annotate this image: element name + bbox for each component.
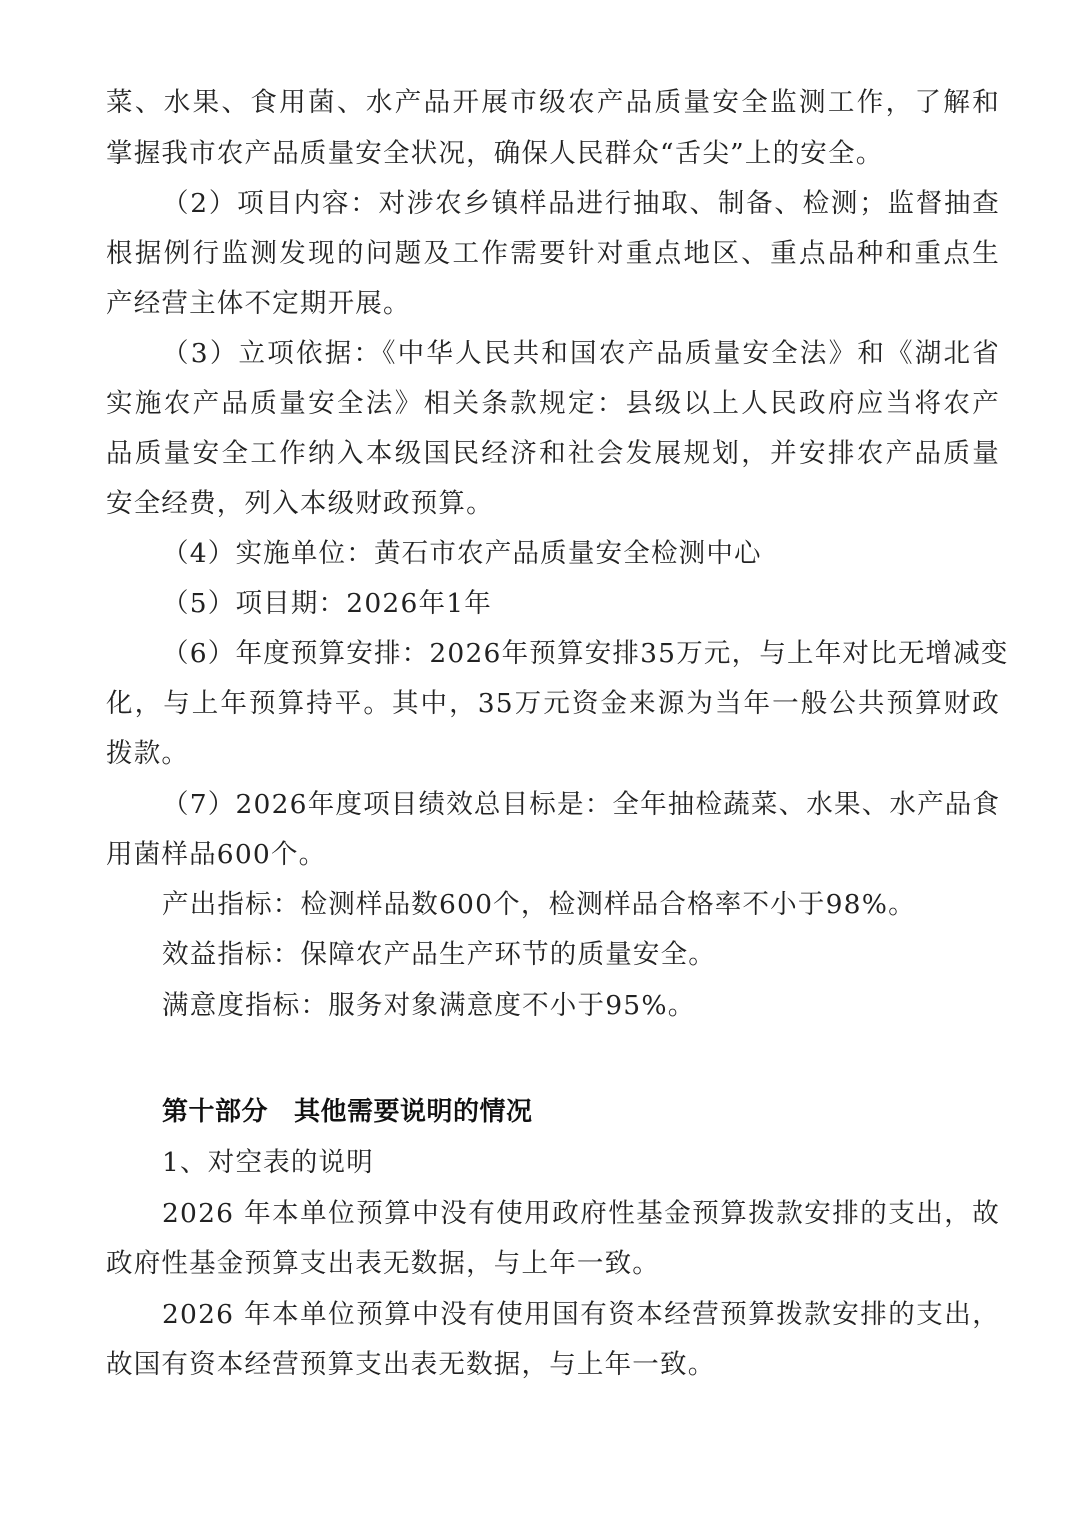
paragraph-line: 菜、水果、食用菌、水产品开展市级农产品质量安全监测工作，了解和 [106, 86, 1000, 120]
paragraph-line: 化，与上年预算持平。其中，35万元资金来源为当年一般公共预算财政 [106, 687, 1000, 721]
gov-fund-explanation: 2026 年本单位预算中没有使用政府性基金预算拨款安排的支出，故 [162, 1197, 1000, 1231]
item-3-project-basis: （3）立项依据：《中华人民共和国农产品质量安全法》和《湖北省 [162, 337, 1000, 371]
paragraph-line: 拨款。 [106, 737, 1000, 771]
paragraph-line: 政府性基金预算支出表无数据，与上年一致。 [106, 1247, 1000, 1281]
item-2-project-content: （2）项目内容：对涉农乡镇样品进行抽取、制备、检测；监督抽查 [162, 187, 1000, 221]
paragraph-line: 掌握我市农产品质量安全状况，确保人民群众“舌尖”上的安全。 [106, 137, 1000, 171]
paragraph-line: 用菌样品600个。 [106, 838, 1000, 872]
section-number: 第十部分 [162, 1097, 268, 1127]
item-7-performance-goal: （7）2026年度项目绩效总目标是：全年抽检蔬菜、水果、水产品食 [162, 788, 1000, 822]
item-6-annual-budget: （6）年度预算安排：2026年预算安排35万元，与上年对比无增减变 [162, 637, 1000, 671]
state-capital-explanation: 2026 年本单位预算中没有使用国有资本经营预算拨款安排的支出， [162, 1298, 1000, 1332]
output-indicator: 产出指标：检测样品数600个，检测样品合格率不小于98%。 [162, 888, 1000, 922]
item-5-project-period: （5）项目期：2026年1年 [162, 587, 1000, 621]
paragraph-line: 产经营主体不定期开展。 [106, 287, 1000, 321]
paragraph-line: 实施农产品质量安全法》相关条款规定：县级以上人民政府应当将农产 [106, 387, 1000, 421]
paragraph-line: 安全经费，列入本级财政预算。 [106, 487, 1000, 521]
item-4-implementing-unit: （4）实施单位：黄石市农产品质量安全检测中心 [162, 537, 1000, 571]
paragraph-line: 品质量安全工作纳入本级国民经济和社会发展规划，并安排农产品质量 [106, 437, 1000, 471]
section-title: 其他需要说明的情况 [294, 1097, 533, 1127]
subsection-heading: 1、对空表的说明 [162, 1146, 1000, 1180]
section-heading: 第十部分其他需要说明的情况 [162, 1095, 533, 1129]
paragraph-line: 故国有资本经营预算支出表无数据，与上年一致。 [106, 1348, 1000, 1382]
satisfaction-indicator: 满意度指标：服务对象满意度不小于95%。 [162, 989, 1000, 1023]
paragraph-line: 根据例行监测发现的问题及工作需要针对重点地区、重点品种和重点生 [106, 237, 1000, 271]
benefit-indicator: 效益指标：保障农产品生产环节的质量安全。 [162, 938, 1000, 972]
document-page: 菜、水果、食用菌、水产品开展市级农产品质量安全监测工作，了解和 掌握我市农产品质… [0, 0, 1074, 1520]
